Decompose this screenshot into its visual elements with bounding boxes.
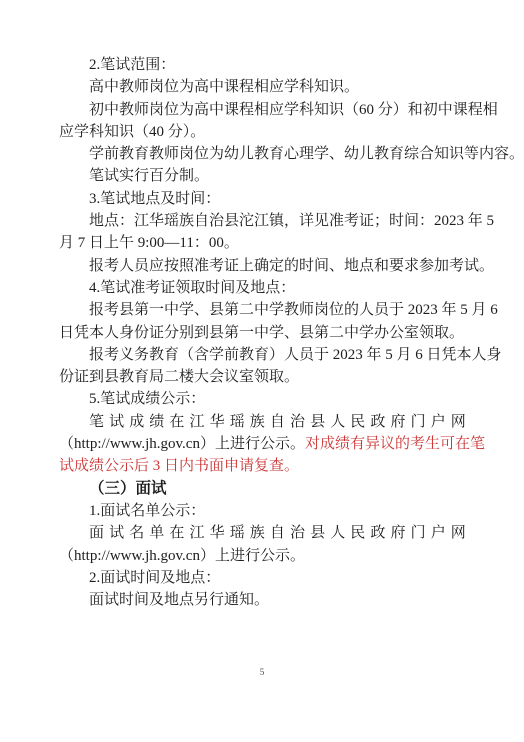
senior-teacher-scope: 高中教师岗位为高中课程相应学科知识。 — [59, 76, 491, 98]
score-publicity-line2: （http://www.jh.gov.cn）上进行公示。对成绩有异议的考生可在笔 — [59, 433, 491, 455]
admission-ticket-item: 4.笔试准考证领取时间及地点： — [59, 277, 491, 299]
interview-list-line1: 面试名单在江华瑶族自治县人民政府门户网 — [59, 522, 491, 544]
score-publicity-line1: 笔试成绩在江华瑶族自治县人民政府门户网 — [59, 411, 491, 433]
ticket-pickup-school-line1: 报考县第一中学、县第二中学教师岗位的人员于 2023 年 5 月 6 — [59, 299, 491, 321]
interview-list-line2: （http://www.jh.gov.cn）上进行公示。 — [59, 545, 491, 567]
interview-section-heading: （三）面试 — [59, 478, 491, 500]
percent-system-note: 笔试实行百分制。 — [59, 165, 491, 187]
ticket-pickup-edu-line1: 报考义务教育（含学前教育）人员于 2023 年 5 月 6 日凭本人身 — [59, 344, 491, 366]
junior-teacher-scope-line1: 初中教师岗位为高中课程相应学科知识（60 分）和初中课程相 — [59, 99, 491, 121]
test-location-time-item: 3.笔试地点及时间： — [59, 188, 491, 210]
interview-list-item: 1.面试名单公示： — [59, 500, 491, 522]
score-publicity-item: 5.笔试成绩公示： — [59, 388, 491, 410]
interview-time-item: 2.面试时间及地点： — [59, 567, 491, 589]
location-time-line2: 月 7 日上午 9:00—11：00。 — [59, 232, 491, 254]
document-page: 2.笔试范围： 高中教师岗位为高中课程相应学科知识。 初中教师岗位为高中课程相应… — [0, 0, 524, 742]
ticket-pickup-edu-line2: 份证到县教育局二楼大会议室领取。 — [59, 366, 491, 388]
junior-teacher-scope-line2: 应学科知识（40 分）。 — [59, 121, 491, 143]
location-time-line1: 地点：江华瑶族自治县沱江镇，详见准考证；时间：2023 年 5 — [59, 210, 491, 232]
score-review-warning-start: 对成绩有异议的考生可在笔 — [305, 436, 485, 452]
score-review-warning-end: 试成绩公示后 3 日内书面申请复查。 — [59, 455, 491, 477]
interview-time-note: 面试时间及地点另行通知。 — [59, 589, 491, 611]
ticket-pickup-school-line2: 日凭本人身份证分别到县第一中学、县第二中学办公室领取。 — [59, 322, 491, 344]
written-test-scope-item: 2.笔试范围： — [59, 54, 491, 76]
exam-attendance-note: 报考人员应按照准考证上确定的时间、地点和要求参加考试。 — [59, 255, 491, 277]
preschool-teacher-scope: 学前教育教师岗位为幼儿教育心理学、幼儿教育综合知识等内容。 — [59, 143, 491, 165]
score-publicity-url-text: （http://www.jh.gov.cn）上进行公示。 — [59, 436, 305, 452]
document-body: 2.笔试范围： 高中教师岗位为高中课程相应学科知识。 初中教师岗位为高中课程相应… — [59, 54, 491, 611]
page-number: 5 — [0, 668, 524, 678]
